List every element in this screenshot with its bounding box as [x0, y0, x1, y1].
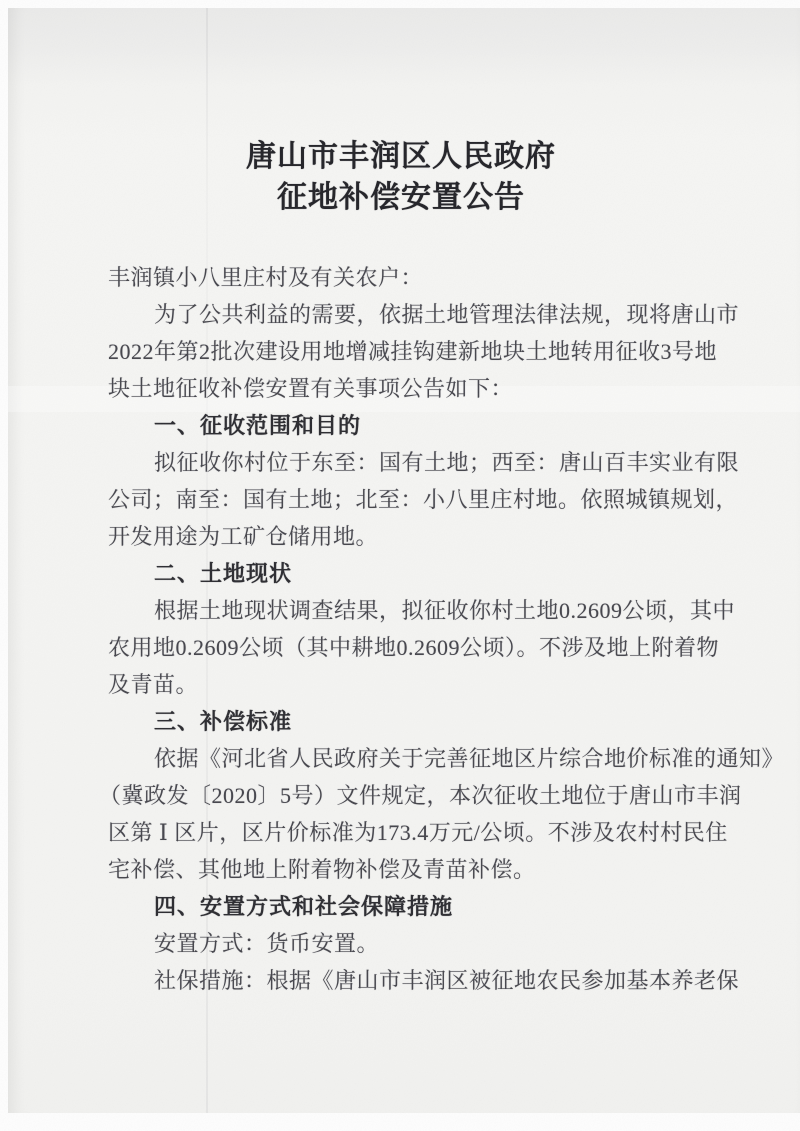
section-4-line-1: 安置方式：货币安置。	[108, 925, 748, 962]
section-1-line-3: 开发用途为工矿仓储用地。	[108, 518, 748, 555]
section-3-line-4: 宅补偿、其他地上附着物补偿及青苗补偿。	[108, 851, 748, 888]
document-page: 唐山市丰润区人民政府 征地补偿安置公告 丰润镇小八里庄村及有关农户： 为了公共利…	[8, 8, 800, 1113]
section-2-line-1: 根据土地现状调查结果，拟征收你村土地0.2609公顷，其中	[108, 592, 748, 629]
section-1-heading: 一、征收范围和目的	[108, 407, 748, 444]
section-1-line-1: 拟征收你村位于东至：国有土地；西至：唐山百丰实业有限	[108, 444, 748, 481]
intro-line-3: 块土地征收补偿安置有关事项公告如下：	[108, 370, 748, 407]
section-2-heading: 二、土地现状	[108, 555, 748, 592]
notice-body: 丰润镇小八里庄村及有关农户： 为了公共利益的需要，依据土地管理法律法规，现将唐山…	[108, 259, 748, 999]
section-1-line-2: 公司；南至：国有土地；北至：小八里庄村地。依照城镇规划，	[108, 481, 748, 518]
scanned-notice-screenshot: { "notice": { "title_lines": [ "唐山市丰润区人民…	[0, 0, 800, 1131]
salutation-line: 丰润镇小八里庄村及有关农户：	[108, 259, 748, 296]
section-4-heading: 四、安置方式和社会保障措施	[108, 888, 748, 925]
section-2-line-2: 农用地0.2609公顷（其中耕地0.2609公顷）。不涉及地上附着物	[108, 629, 748, 666]
intro-line-1: 为了公共利益的需要，依据土地管理法律法规，现将唐山市	[108, 296, 748, 333]
section-2-line-3: 及青苗。	[108, 666, 748, 703]
section-3-line-2: （冀政发〔2020〕5号）文件规定，本次征收土地位于唐山市丰润	[99, 777, 748, 814]
section-3-line-3: 区第 Ⅰ 区片，区片价标准为173.4万元/公顷。不涉及农村村民住	[108, 814, 748, 851]
section-3-heading: 三、补偿标准	[108, 703, 748, 740]
section-3-line-1: 依据《河北省人民政府关于完善征地区片综合地价标准的通知》	[108, 740, 748, 777]
section-4-line-2: 社保措施：根据《唐山市丰润区被征地农民参加基本养老保	[108, 962, 748, 999]
notice-title-line-1: 唐山市丰润区人民政府	[8, 136, 794, 177]
intro-line-2: 2022年第2批次建设用地增减挂钩建新地块土地转用征收3号地	[108, 333, 748, 370]
notice-title: 唐山市丰润区人民政府 征地补偿安置公告	[8, 136, 794, 218]
notice-title-line-2: 征地补偿安置公告	[8, 177, 794, 218]
